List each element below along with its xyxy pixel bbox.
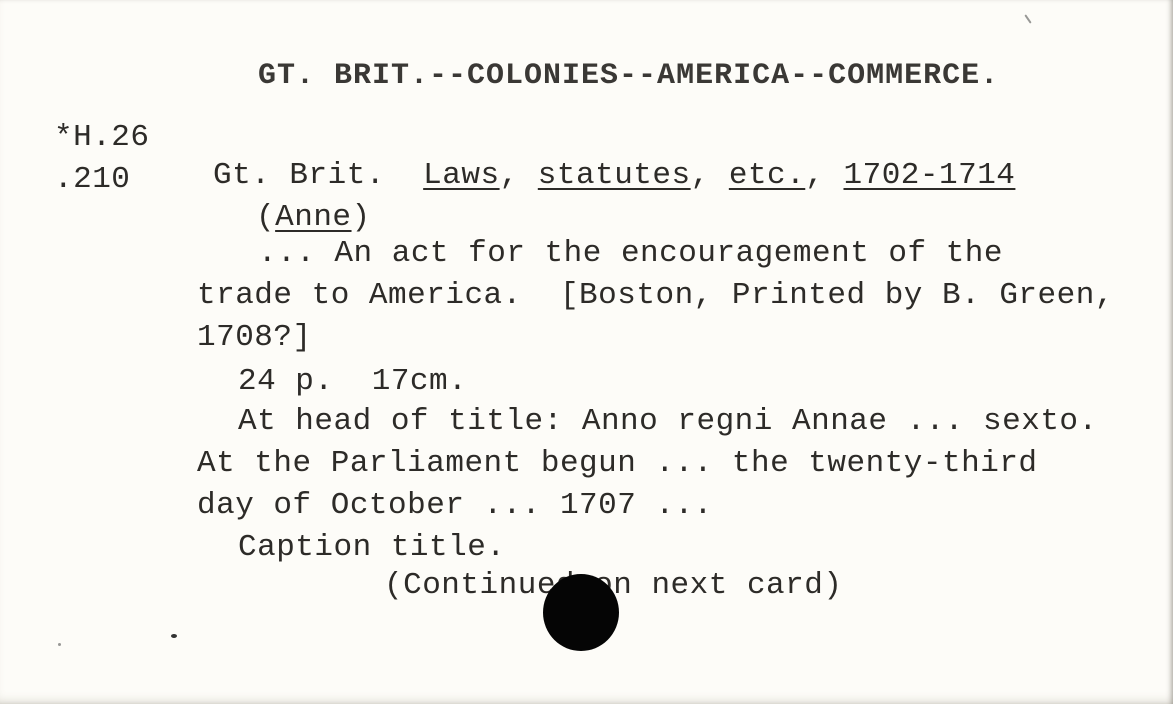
call-number-line2: .210 [54, 162, 130, 198]
ink-speck [171, 634, 177, 638]
main-entry-years: 1702-1714 [843, 158, 1015, 193]
main-entry-statutes: statutes [538, 158, 691, 193]
call-number-line1: *H.26 [54, 120, 150, 156]
note-3: day of October ... 1707 ... [197, 488, 713, 524]
main-entry-ruler-line: (Anne) [256, 200, 371, 236]
main-entry-ruler: Anne [275, 200, 351, 235]
main-entry-etc: etc. [729, 158, 805, 193]
main-entry: Gt. Brit. Laws, statutes, etc., 1702-171… [213, 158, 1015, 194]
ink-speck [58, 643, 61, 646]
main-entry-prefix: Gt. Brit. [213, 158, 385, 193]
punch-hole [543, 574, 619, 651]
title-line-1: ... An act for the encouragement of the [258, 236, 1003, 272]
collation: 24 p. 17cm. [238, 364, 467, 400]
note-2: At the Parliament begun ... the twenty-t… [197, 446, 1038, 482]
subject-heading: GT. BRIT.--COLONIES--AMERICA--COMMERCE. [258, 58, 999, 94]
catalog-card: GT. BRIT.--COLONIES--AMERICA--COMMERCE. … [0, 0, 1173, 704]
main-entry-laws: Laws [423, 158, 499, 193]
ink-speck [1024, 14, 1031, 23]
note-1: At head of title: Anno regni Annae ... s… [238, 404, 1098, 440]
title-line-3: 1708?] [197, 320, 312, 356]
note-4: Caption title. [238, 530, 505, 566]
title-line-2: trade to America. [Boston, Printed by B.… [197, 278, 1114, 314]
